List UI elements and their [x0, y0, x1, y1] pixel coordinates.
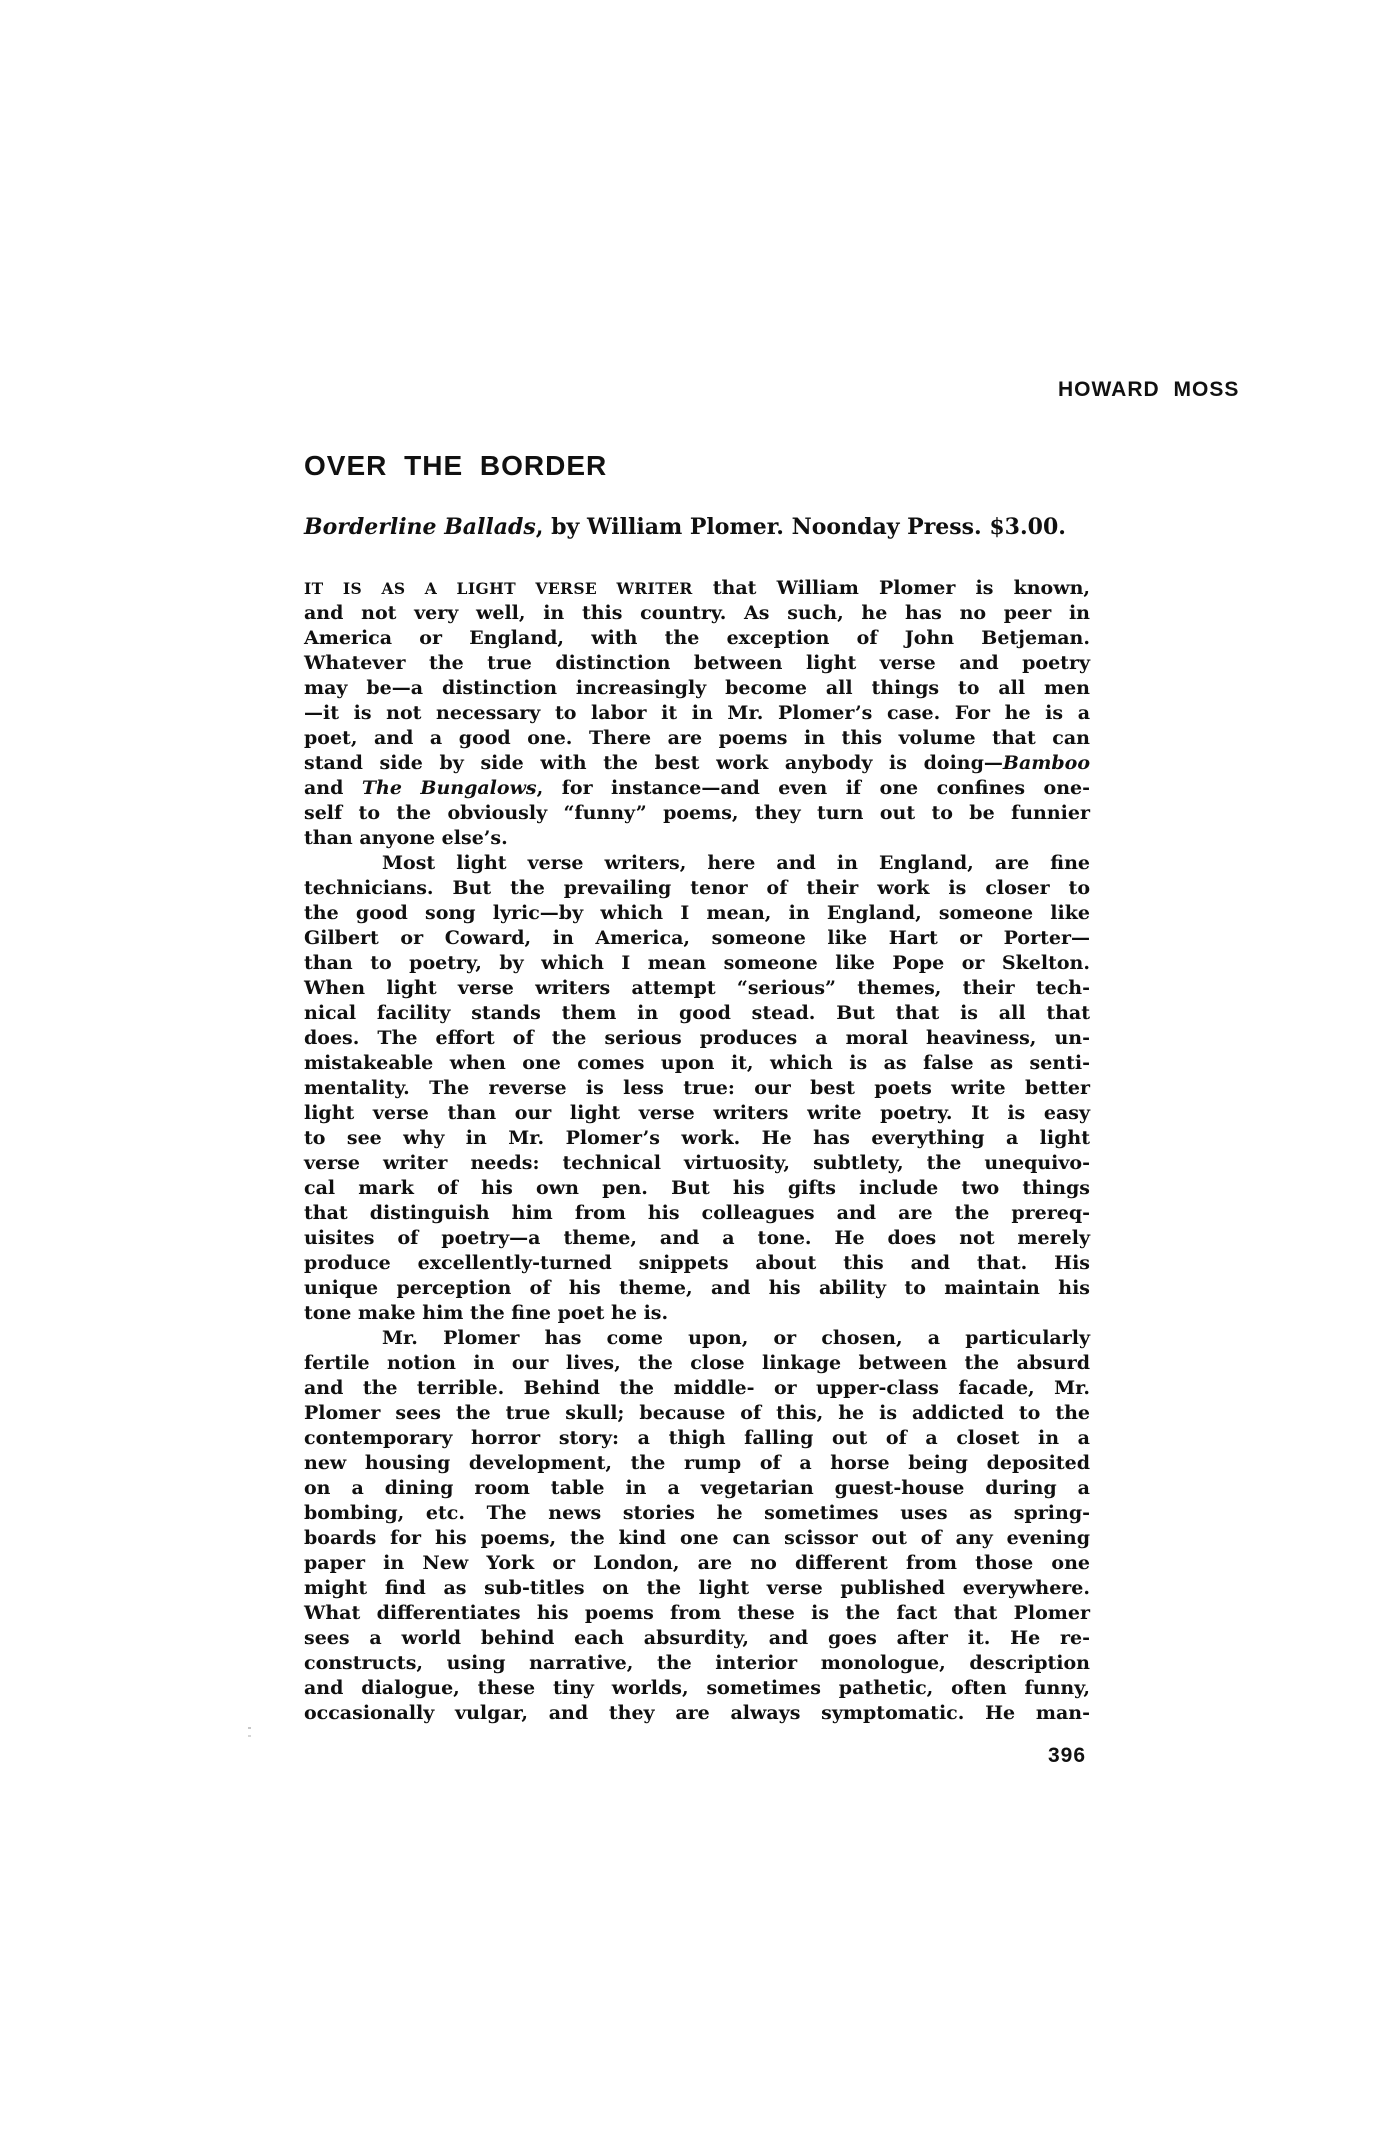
text-line: verse writer needs: technical virtuosity… — [304, 1151, 1090, 1176]
text-segment: the good song lyric—by which I mean, in … — [304, 902, 1090, 924]
text-line: new housing development, the rump of a h… — [304, 1451, 1090, 1476]
text-segment: self to the obviously “funny” poems, the… — [304, 802, 1090, 824]
text-segment: Gilbert or Coward, in America, someone l… — [304, 927, 1090, 949]
italic-text: Bamboo — [1003, 752, 1090, 774]
text-line: the good song lyric—by which I mean, in … — [304, 901, 1090, 926]
text-segment: than anyone else’s. — [304, 827, 508, 849]
text-segment: , by William Plomer. Noonday Press. $3.0… — [536, 514, 1066, 540]
text-segment: uisites of poetry—a theme, and a tone. H… — [304, 1227, 1090, 1249]
text-line: bombing, etc. The news stories he someti… — [304, 1501, 1090, 1526]
text-line: IT IS AS A LIGHT VERSE WRITER that Willi… — [304, 576, 1090, 601]
text-segment: Plomer sees the true skull; because of t… — [304, 1402, 1090, 1424]
text-line: nical facility stands them in good stead… — [304, 1001, 1090, 1026]
text-line: and not very well, in this country. As s… — [304, 601, 1090, 626]
text-line: than to poetry, by which I mean someone … — [304, 951, 1090, 976]
text-line: contemporary horror story: a thigh falli… — [304, 1426, 1090, 1451]
text-segment: bombing, etc. The news stories he someti… — [304, 1502, 1090, 1524]
text-segment: Whatever the true distinction between li… — [304, 652, 1090, 674]
text-segment: unique perception of his theme, and his … — [304, 1277, 1090, 1299]
text-line: and the terrible. Behind the middle- or … — [304, 1376, 1090, 1401]
text-line: sees a world behind each absurdity, and … — [304, 1626, 1090, 1651]
text-line: constructs, using narrative, the interio… — [304, 1651, 1090, 1676]
text-line: What differentiates his poems from these… — [304, 1601, 1090, 1626]
text-line: —it is not necessary to labor it in Mr. … — [304, 701, 1090, 726]
text-line: does. The effort of the serious produces… — [304, 1026, 1090, 1051]
review-body: IT IS AS A LIGHT VERSE WRITER that Willi… — [304, 576, 1090, 1726]
text-line: and dialogue, these tiny worlds, sometim… — [304, 1676, 1090, 1701]
text-segment: Mr. Plomer has come upon, or chosen, a p… — [382, 1327, 1090, 1349]
text-line: boards for his poems, the kind one can s… — [304, 1526, 1090, 1551]
text-line: fertile notion in our lives, the close l… — [304, 1351, 1090, 1376]
text-segment: mentality. The reverse is less true: our… — [304, 1077, 1090, 1099]
text-segment: America or England, with the exception o… — [304, 627, 1090, 649]
text-segment: verse writer needs: technical virtuosity… — [304, 1152, 1090, 1174]
text-segment: poet, and a good one. There are poems in… — [304, 727, 1090, 749]
text-line: When light verse writers attempt “seriou… — [304, 976, 1090, 1001]
text-line: Whatever the true distinction between li… — [304, 651, 1090, 676]
text-line: Plomer sees the true skull; because of t… — [304, 1401, 1090, 1426]
page-title: OVER THE BORDER — [304, 450, 607, 482]
text-line: self to the obviously “funny” poems, the… — [304, 801, 1090, 826]
text-line: Most light verse writers, here and in En… — [304, 851, 1090, 876]
text-segment: sees a world behind each absurdity, and … — [304, 1627, 1090, 1649]
text-segment: nical facility stands them in good stead… — [304, 1002, 1090, 1024]
text-segment: might find as sub-titles on the light ve… — [304, 1577, 1090, 1599]
text-segment: Most light verse writers, here and in En… — [382, 852, 1090, 874]
text-line: occasionally vulgar, and they are always… — [304, 1701, 1090, 1726]
text-line: paper in New York or London, are no diff… — [304, 1551, 1090, 1576]
text-segment: that distinguish him from his colleagues… — [304, 1202, 1090, 1224]
text-segment: contemporary horror story: a thigh falli… — [304, 1427, 1090, 1449]
italic-text: Borderline Ballads — [304, 514, 536, 540]
text-line: uisites of poetry—a theme, and a tone. H… — [304, 1226, 1090, 1251]
text-line: tone make him the fine poet he is. — [304, 1301, 1090, 1326]
text-segment: cal mark of his own pen. But his gifts i… — [304, 1177, 1090, 1199]
text-segment: What differentiates his poems from these… — [304, 1602, 1090, 1624]
text-line: may be—a distinction increasingly become… — [304, 676, 1090, 701]
italic-text: The Bungalows — [362, 777, 537, 799]
text-segment: occasionally vulgar, and they are always… — [304, 1702, 1090, 1724]
text-segment: may be—a distinction increasingly become… — [304, 677, 1090, 699]
text-line: light verse than our light verse writers… — [304, 1101, 1090, 1126]
text-segment: produce excellently-turned snippets abou… — [304, 1252, 1090, 1274]
text-line: on a dining room table in a vegetarian g… — [304, 1476, 1090, 1501]
text-segment: does. The effort of the serious produces… — [304, 1027, 1090, 1049]
text-segment: constructs, using narrative, the interio… — [304, 1652, 1090, 1674]
text-segment: mistakeable when one comes upon it, whic… — [304, 1052, 1090, 1074]
scan-artifact — [248, 1727, 251, 1737]
scanned-book-page: HOWARD MOSS OVER THE BORDER Borderline B… — [0, 0, 1400, 2154]
text-line: produce excellently-turned snippets abou… — [304, 1251, 1090, 1276]
text-segment: light verse than our light verse writers… — [304, 1102, 1090, 1124]
text-line: Gilbert or Coward, in America, someone l… — [304, 926, 1090, 951]
book-citation: Borderline Ballads, by William Plomer. N… — [304, 512, 1090, 542]
text-segment: tone make him the fine poet he is. — [304, 1302, 668, 1324]
text-segment: new housing development, the rump of a h… — [304, 1452, 1090, 1474]
text-line: poet, and a good one. There are poems in… — [304, 726, 1090, 751]
text-line: to see why in Mr. Plomer’s work. He has … — [304, 1126, 1090, 1151]
text-line: might find as sub-titles on the light ve… — [304, 1576, 1090, 1601]
text-line: cal mark of his own pen. But his gifts i… — [304, 1176, 1090, 1201]
text-line: that distinguish him from his colleagues… — [304, 1201, 1090, 1226]
text-segment: and the terrible. Behind the middle- or … — [304, 1377, 1090, 1399]
text-line: technicians. But the prevailing tenor of… — [304, 876, 1090, 901]
text-segment: and not very well, in this country. As s… — [304, 602, 1090, 624]
text-segment: technicians. But the prevailing tenor of… — [304, 877, 1090, 899]
page-number: 396 — [1048, 1744, 1086, 1768]
text-segment: on a dining room table in a vegetarian g… — [304, 1477, 1090, 1499]
text-segment: When light verse writers attempt “seriou… — [304, 977, 1090, 999]
text-segment: boards for his poems, the kind one can s… — [304, 1527, 1090, 1549]
text-segment: that William Plomer is known, — [693, 577, 1090, 599]
text-line: mentality. The reverse is less true: our… — [304, 1076, 1090, 1101]
text-line: America or England, with the exception o… — [304, 626, 1090, 651]
text-segment: than to poetry, by which I mean someone … — [304, 952, 1090, 974]
text-line: mistakeable when one comes upon it, whic… — [304, 1051, 1090, 1076]
text-segment: fertile notion in our lives, the close l… — [304, 1352, 1090, 1374]
text-segment: and — [304, 777, 362, 799]
author-header: HOWARD MOSS — [1058, 378, 1239, 402]
text-line: Mr. Plomer has come upon, or chosen, a p… — [304, 1326, 1090, 1351]
text-line: than anyone else’s. — [304, 826, 1090, 851]
text-line: stand side by side with the best work an… — [304, 751, 1090, 776]
text-line: unique perception of his theme, and his … — [304, 1276, 1090, 1301]
text-segment: to see why in Mr. Plomer’s work. He has … — [304, 1127, 1090, 1149]
small-caps-text: IT IS AS A LIGHT VERSE WRITER — [304, 579, 693, 598]
text-line: and The Bungalows, for instance—and even… — [304, 776, 1090, 801]
text-segment: paper in New York or London, are no diff… — [304, 1552, 1090, 1574]
text-segment: stand side by side with the best work an… — [304, 752, 1003, 774]
text-segment: , for instance—and even if one confines … — [537, 777, 1090, 799]
text-segment: and dialogue, these tiny worlds, sometim… — [304, 1677, 1090, 1699]
text-segment: —it is not necessary to labor it in Mr. … — [304, 702, 1090, 724]
